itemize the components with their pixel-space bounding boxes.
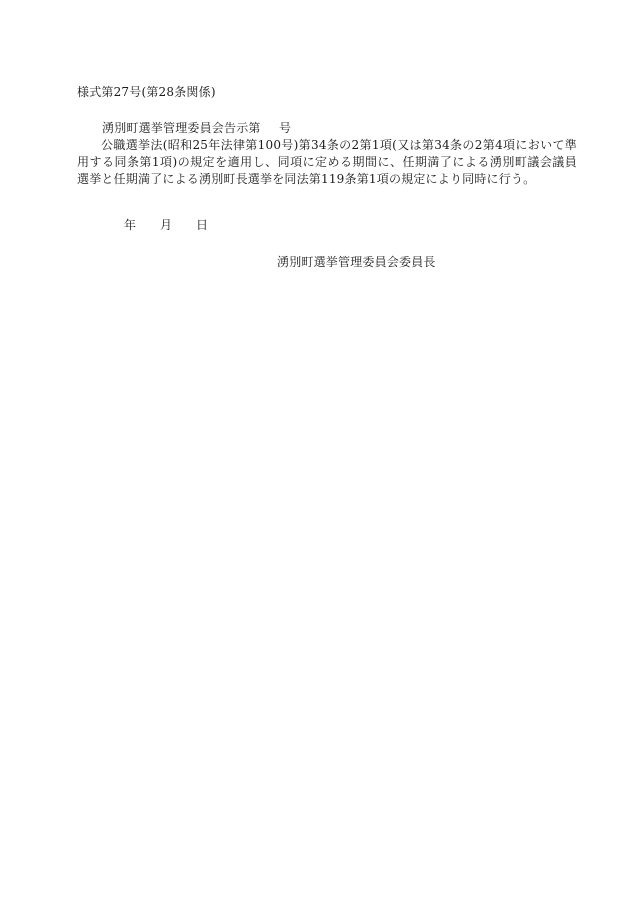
date-day-label: 日 — [196, 217, 208, 233]
notice-title: 湧別町選挙管理委員会告示第 — [102, 120, 261, 136]
date-year-label: 年 — [124, 217, 136, 233]
date-month-label: 月 — [160, 217, 172, 233]
notice-body: 公職選挙法(昭和25年法律第100号)第34条の2第1項(又は第34条の2第4項… — [77, 137, 577, 188]
document-page: 様式第27号(第28条関係) 湧別町選挙管理委員会告示第 号 公職選挙法(昭和2… — [0, 0, 630, 915]
notice-number-suffix: 号 — [279, 120, 291, 136]
form-label: 様式第27号(第28条関係) — [77, 84, 216, 100]
signatory: 湧別町選挙管理委員会委員長 — [277, 254, 436, 270]
